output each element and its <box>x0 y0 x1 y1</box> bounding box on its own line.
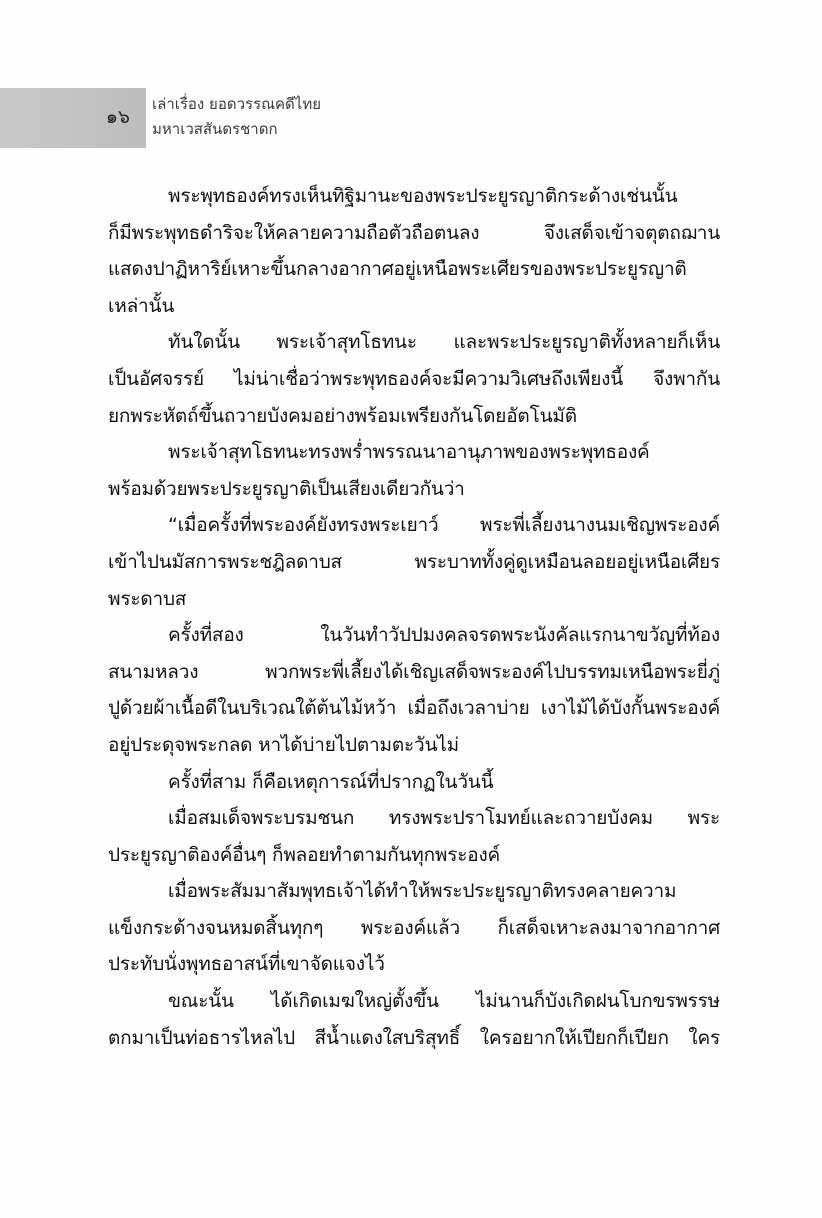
text-line: ก็มีพระพุทธดำริจะให้คลายความถือตัวถือตนล… <box>108 215 720 252</box>
running-title-line1: เล่าเรื่อง ยอดวรรณคดีไทย <box>152 92 321 117</box>
text-line: พระเจ้าสุทโธทนะทรงพร่ำพรรณนาอานุภาพของพร… <box>108 434 720 471</box>
page-number: ๑๖ <box>106 102 130 132</box>
text-line: ประยูรญาติองค์อื่นๆ ก็พลอยทำตามกันทุกพระ… <box>108 837 720 874</box>
text-line: ขณะนั้น ได้เกิดเมฆใหญ่ตั้งขึ้น ไม่นานก็บ… <box>108 983 720 1020</box>
text-line: ครั้งที่สอง ในวันทำวัปปมงคลจรดพระนังคัลแ… <box>108 617 720 654</box>
text-line: ทันใดนั้น พระเจ้าสุทโธทนะ และพระประยูรญา… <box>108 324 720 361</box>
text-line: เหล่านั้น <box>108 288 720 325</box>
text-line: แข็งกระด้างจนหมดสิ้นทุกๆ พระองค์แล้ว ก็เ… <box>108 910 720 947</box>
text-line: พระพุทธองค์ทรงเห็นทิฐิมานะของพระประยูรญา… <box>108 178 720 215</box>
text-line: ครั้งที่สาม ก็คือเหตุการณ์ที่ปรากฏในวันน… <box>108 764 720 801</box>
text-line: สนามหลวง พวกพระพี่เลี้ยงได้เชิญเสด็จพระอ… <box>108 654 720 691</box>
text-line: อยู่ประดุจพระกลด หาได้บ่ายไปตามตะวันไม่ <box>108 727 720 764</box>
book-page: ๑๖ เล่าเรื่อง ยอดวรรณคดีไทย มหาเวสสันดรช… <box>0 0 822 1218</box>
text-line: เข้าไปนมัสการพระชฎิลดาบส พระบาททั้งคู่ดู… <box>108 544 720 581</box>
running-title-line2: มหาเวสสันดรชาดก <box>152 117 321 142</box>
text-line: เมื่อสมเด็จพระบรมชนก ทรงพระปราโมทย์และถว… <box>108 800 720 837</box>
text-line: เมื่อพระสัมมาสัมพุทธเจ้าได้ทำให้พระประยู… <box>108 873 720 910</box>
running-head: เล่าเรื่อง ยอดวรรณคดีไทย มหาเวสสันดรชาดก <box>152 92 321 142</box>
text-line: เป็นอัศจรรย์ ไม่น่าเชื่อว่าพระพุทธองค์จะ… <box>108 361 720 398</box>
body-text: พระพุทธองค์ทรงเห็นทิฐิมานะของพระประยูรญา… <box>108 178 720 1056</box>
text-line: แสดงปาฏิหาริย์เหาะขึ้นกลางอากาศอยู่เหนือ… <box>108 251 720 288</box>
text-line: ตกมาเป็นท่อธารไหลไป สีน้ำแดงใสบริสุทธิ์ … <box>108 1020 720 1057</box>
text-line: พระดาบส <box>108 581 720 618</box>
text-line: ปูด้วยผ้าเนื้อดีในบริเวณใต้ต้นไม้หว้า เม… <box>108 690 720 727</box>
text-line: “เมื่อครั้งที่พระองค์ยังทรงพระเยาว์ พระพ… <box>108 507 720 544</box>
text-line: พร้อมด้วยพระประยูรญาติเป็นเสียงเดียวกันว… <box>108 471 720 508</box>
page-number-band: ๑๖ <box>0 88 146 148</box>
text-line: ยกพระหัตถ์ขึ้นถวายบังคมอย่างพร้อมเพรียงก… <box>108 398 720 435</box>
text-line: ประทับนั่งพุทธอาสน์ที่เขาจัดแจงไว้ <box>108 946 720 983</box>
